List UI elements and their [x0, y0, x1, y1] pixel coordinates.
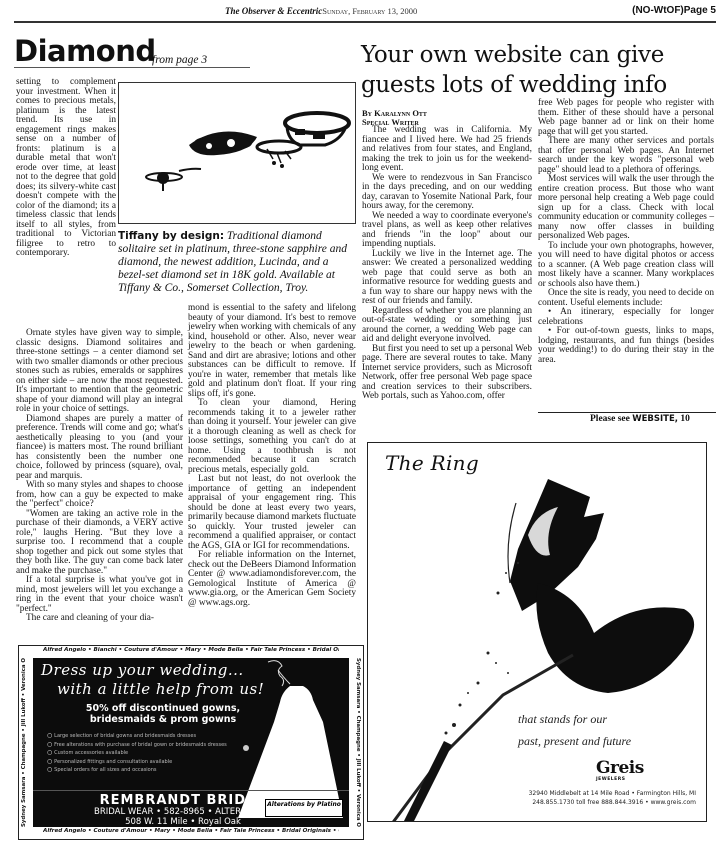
continued-prefix: Please see [590, 414, 632, 424]
paragraph: To clean your diamond, Hering recommends… [188, 399, 356, 475]
store-address: 508 W. 11 Mile • Royal Oak [73, 818, 293, 828]
continued-divider [538, 412, 716, 413]
ad-script-headline: Dress up your wedding... with a little h… [41, 661, 264, 699]
paragraph: We were to rendezvous in San Francisco i… [362, 174, 532, 212]
paragraph: Regardless of whether you are planning a… [362, 307, 532, 345]
jump-from-label: from page 3 [152, 54, 207, 66]
alterations-badge: Alterations by Platino [265, 799, 343, 817]
ad-title: The Ring [385, 451, 479, 475]
headline-line-1: Dress up your wedding... [41, 661, 264, 680]
paragraph: "Women are taking an active role in the … [16, 510, 183, 577]
ad-black-panel: Dress up your wedding... with a little h… [33, 658, 349, 827]
offer-line-2: bridesmaids & prom gowns [73, 714, 253, 725]
continued-keyword: WEBSITE, [632, 414, 678, 424]
caption-lead: Tiffany by design: [118, 230, 224, 242]
page-number-label: (NO-WtOF)Page 5 [632, 5, 716, 16]
paragraph: We needed a way to coordinate everyone's… [362, 212, 532, 250]
paragraph: Diamond shapes are purely a matter of pr… [16, 415, 183, 482]
designer-list-top: Alfred Angelo • Bianchi • Couture d'Amou… [43, 647, 339, 657]
continued-on-link[interactable]: Please see WEBSITE, 10 [590, 414, 690, 424]
paragraph: Once the site is ready, you need to deci… [538, 289, 714, 308]
paragraph: If a total surprise is what you've got i… [16, 576, 183, 614]
list-item: • For out-of-town guests, links to maps,… [538, 327, 714, 365]
issue-date: Sunday, February 13, 2000 [322, 6, 417, 16]
paragraph: mond is essential to the safety and life… [188, 304, 356, 399]
diamond-narrow-column: setting to complement your investment. W… [16, 78, 116, 259]
store-contact: 32940 Middlebelt at 14 Mile Road • Farmi… [529, 789, 696, 807]
ad-tagline: that stands for our past, present and fu… [518, 708, 631, 752]
greis-logo: Greis [596, 758, 644, 778]
paragraph: Last but not least, do not overlook the … [188, 475, 356, 551]
paragraph: Ornate styles have given way to simple, … [16, 329, 183, 415]
tagline-line-1: that stands for our [518, 708, 631, 730]
greis-logo-subtitle: JEWELERS [596, 777, 625, 782]
website-column-2: free Web pages for people who register w… [538, 99, 714, 365]
list-item: Custom accessories available [47, 749, 257, 758]
paragraph: There are many other services and portal… [538, 137, 714, 175]
diamond-headline: Diamond [14, 36, 156, 66]
tagline-line-2: past, present and future [518, 730, 631, 752]
list-item: Special orders for all sizes and occasio… [47, 766, 257, 775]
greis-jewelers-ad: The Ring that stands for our past, prese… [367, 442, 707, 822]
designer-list-bottom: Alfred Angelo • Couture d'Amour • Mary •… [43, 828, 339, 838]
list-item: Personalized fittings and consultation a… [47, 758, 257, 767]
offer-line-1: 50% off discontinued gowns, [73, 703, 253, 714]
paragraph: With so many styles and shapes to choose… [16, 481, 183, 510]
rose-illustration-icon [368, 443, 707, 822]
publication-name: The Observer & Eccentric [225, 6, 322, 16]
store-phone-web: 248.855.1730 toll free 888.844.3916 • ww… [529, 798, 696, 807]
list-item: Large selection of bridal gowns and brid… [47, 732, 257, 741]
ad-bullet-list: Large selection of bridal gowns and brid… [47, 732, 257, 775]
paragraph: Luckily we live in the Internet age. The… [362, 250, 532, 307]
paragraph: Most services will walk the user through… [538, 175, 714, 242]
rings-illustration-icon [119, 83, 356, 224]
list-item: • An itinerary, especially for longer ce… [538, 308, 714, 327]
list-item: Free alterations with purchase of bridal… [47, 741, 257, 750]
page-header-dateline: The Observer & EccentricSunday, February… [225, 6, 555, 16]
ring-photo [118, 82, 356, 224]
rembrandt-bridal-ad: Alfred Angelo • Bianchi • Couture d'Amou… [18, 645, 364, 840]
ad-divider [33, 790, 349, 791]
paragraph: setting to complement your investment. W… [16, 78, 116, 259]
designer-list-left: Sydney Samsara • Champagne • Jill Lukoff… [21, 658, 31, 827]
paragraph: The care and cleaning of your dia- [16, 614, 183, 624]
headline-divider [14, 67, 250, 68]
store-address: 32940 Middlebelt at 14 Mile Road • Farmi… [529, 789, 696, 798]
paragraph: The wedding was in California. My fiance… [362, 126, 532, 174]
header-divider [14, 21, 716, 23]
ad-offer: 50% off discontinued gowns, bridesmaids … [73, 703, 253, 725]
paragraph: free Web pages for people who register w… [538, 99, 714, 137]
headline-line-2: with a little help from us! [41, 680, 264, 699]
continued-page: 10 [678, 414, 690, 424]
store-name: REMBRANDT BRIDAL [73, 794, 293, 808]
designer-list-right: Sydney Samsara • Champagne • Jill Lukoff… [351, 658, 361, 827]
website-column-1: The wedding was in California. My fiance… [362, 126, 532, 402]
diamond-middle-column: mond is essential to the safety and life… [188, 304, 356, 608]
photo-caption: Tiffany by design: Traditional diamond s… [118, 230, 358, 295]
store-info: REMBRANDT BRIDAL BRIDAL WEAR • 582-8965 … [73, 794, 293, 827]
paragraph: To include your own photographs, however… [538, 242, 714, 290]
paragraph: For reliable information on the Internet… [188, 551, 356, 608]
diamond-left-column: Ornate styles have given way to simple, … [16, 329, 183, 624]
website-headline: Your own website can give guests lots of… [361, 40, 721, 100]
paragraph: But first you need to set up a personal … [362, 345, 532, 402]
